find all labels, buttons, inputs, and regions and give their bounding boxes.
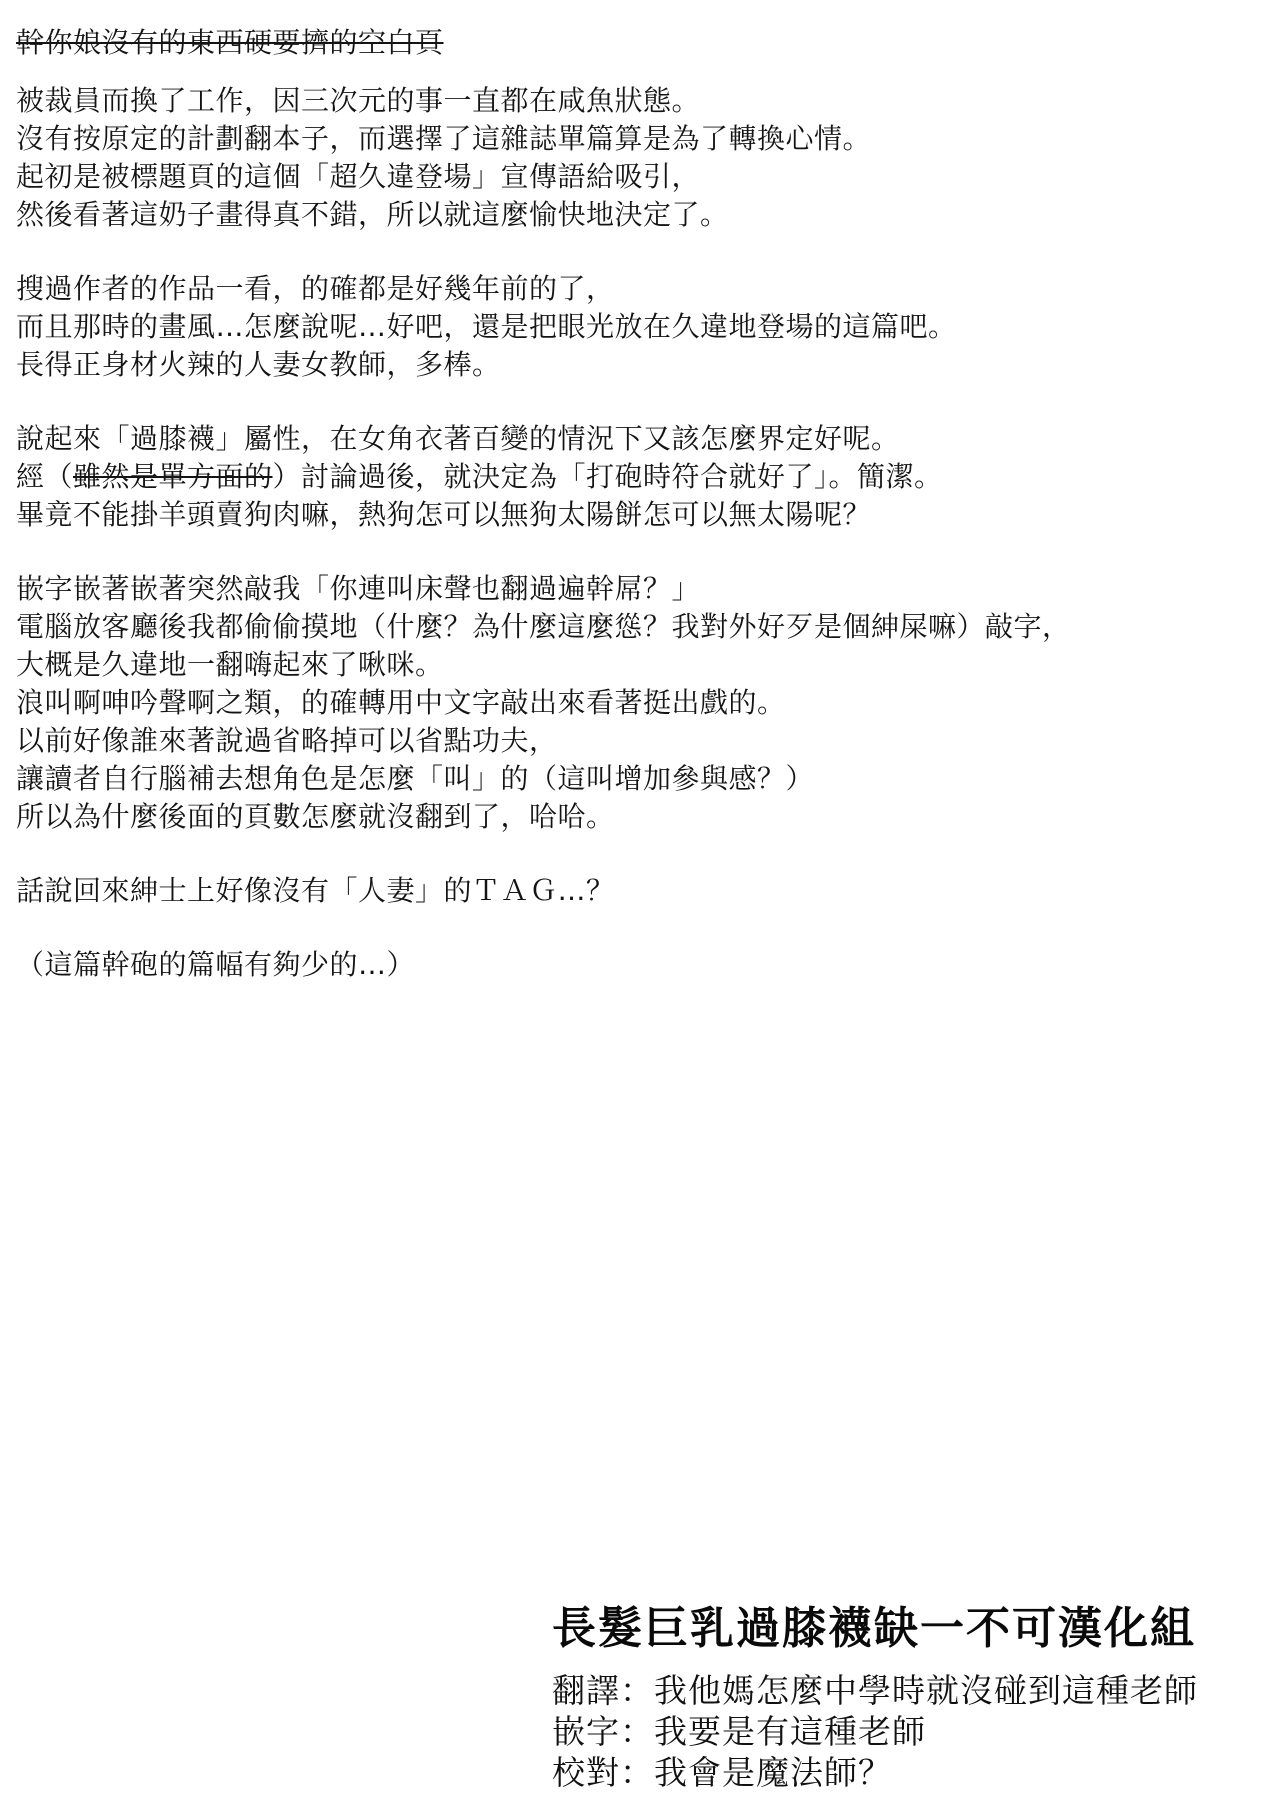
- text-segment: 長得正身材火辣的人妻女教師，多棒。: [16, 348, 501, 381]
- paragraph: 話說回來紳士上好像沒有「人妻」的ＴＡＧ…？: [16, 872, 1071, 910]
- text-segment: 而且那時的畫風…怎麼說呢…好吧，還是把眼光放在久違地登場的這篇吧。: [16, 310, 957, 343]
- text-segment: 電腦放客廳後我都偷偷摸地（什麼？為什麼這麼慫？我對外好歹是個紳屎嘛）敲字，: [16, 610, 1071, 643]
- credits-block: 長髮巨乳過膝襪缺一不可漢化組 翻譯：我他媽怎麼中學時就沒碰到這種老師 嵌字：我要…: [552, 1592, 1198, 1793]
- text-line: （這篇幹砲的篇幅有夠少的…）: [16, 946, 1071, 984]
- text-line: 嵌字嵌著嵌著突然敲我「你連叫床聲也翻過遍幹屌？」: [16, 570, 1071, 608]
- text-line: 長得正身材火辣的人妻女教師，多棒。: [16, 346, 1071, 384]
- text-segment: 所以為什麼後面的頁數怎麼就沒翻到了，哈哈。: [16, 800, 615, 833]
- text-line: 話說回來紳士上好像沒有「人妻」的ＴＡＧ…？: [16, 872, 1071, 910]
- text-line: 起初是被標題頁的這個「超久違登場」宣傳語給吸引，: [16, 158, 1071, 196]
- credit-line-translator: 翻譯：我他媽怎麼中學時就沒碰到這種老師: [552, 1670, 1198, 1711]
- note-title-strikethrough: 幹你娘沒有的東西硬要擠的空白頁: [16, 24, 1071, 62]
- text-line: 電腦放客廳後我都偷偷摸地（什麼？為什麼這麼慫？我對外好歹是個紳屎嘛）敲字，: [16, 608, 1071, 646]
- struck-text-segment: 雖然是單方面的: [73, 460, 273, 493]
- text-segment: 起初是被標題頁的這個「超久違登場」宣傳語給吸引，: [16, 160, 700, 193]
- text-line: 經（雖然是單方面的）討論過後，就決定為「打砲時符合就好了」。簡潔。: [16, 458, 1071, 496]
- text-segment: 以前好像誰來著說過省略掉可以省點功夫，: [16, 724, 558, 757]
- text-line: 畢竟不能掛羊頭賣狗肉嘛，熱狗怎可以無狗太陽餅怎可以無太陽呢？: [16, 496, 1071, 534]
- page: 幹你娘沒有的東西硬要擠的空白頁 被裁員而換了工作，因三次元的事一直都在咸魚狀態。…: [0, 0, 1280, 1808]
- paragraphs-container: 被裁員而換了工作，因三次元的事一直都在咸魚狀態。沒有按原定的計劃翻本子，而選擇了…: [16, 82, 1071, 984]
- translator-note-body: 幹你娘沒有的東西硬要擠的空白頁 被裁員而換了工作，因三次元的事一直都在咸魚狀態。…: [16, 24, 1071, 1020]
- text-segment: 浪叫啊呻吟聲啊之類，的確轉用中文字敲出來看著挺出戲的。: [16, 686, 786, 719]
- text-line: 浪叫啊呻吟聲啊之類，的確轉用中文字敲出來看著挺出戲的。: [16, 684, 1071, 722]
- text-segment: 大概是久違地一翻嗨起來了啾咪。: [16, 648, 444, 681]
- text-segment: （這篇幹砲的篇幅有夠少的…）: [16, 948, 415, 981]
- credit-line-typesetter: 嵌字：我要是有這種老師: [552, 1711, 1198, 1752]
- scanlation-group-name: 長髮巨乳過膝襪缺一不可漢化組: [552, 1592, 1198, 1656]
- text-segment: 畢竟不能掛羊頭賣狗肉嘛，熱狗怎可以無狗太陽餅怎可以無太陽呢？: [16, 498, 871, 531]
- text-line: 大概是久違地一翻嗨起來了啾咪。: [16, 646, 1071, 684]
- text-segment: 說起來「過膝襪」屬性，在女角衣著百變的情況下又該怎麼界定好呢。: [16, 422, 900, 455]
- text-segment: 然後看著這奶子畫得真不錯，所以就這麼愉快地決定了。: [16, 198, 729, 231]
- text-segment: 經（: [16, 460, 73, 493]
- text-line: 以前好像誰來著說過省略掉可以省點功夫，: [16, 722, 1071, 760]
- credit-line-proofreader: 校對：我會是魔法師？: [552, 1752, 1198, 1793]
- paragraph: 嵌字嵌著嵌著突然敲我「你連叫床聲也翻過遍幹屌？」電腦放客廳後我都偷偷摸地（什麼？…: [16, 570, 1071, 836]
- text-line: 被裁員而換了工作，因三次元的事一直都在咸魚狀態。: [16, 82, 1071, 120]
- text-line: 然後看著這奶子畫得真不錯，所以就這麼愉快地決定了。: [16, 196, 1071, 234]
- text-line: 搜過作者的作品一看，的確都是好幾年前的了，: [16, 270, 1071, 308]
- text-segment: ）討論過後，就決定為「打砲時符合就好了」。簡潔。: [273, 460, 943, 493]
- text-line: 而且那時的畫風…怎麼說呢…好吧，還是把眼光放在久違地登場的這篇吧。: [16, 308, 1071, 346]
- text-segment: 搜過作者的作品一看，的確都是好幾年前的了，: [16, 272, 615, 305]
- text-line: 說起來「過膝襪」屬性，在女角衣著百變的情況下又該怎麼界定好呢。: [16, 420, 1071, 458]
- paragraph: 說起來「過膝襪」屬性，在女角衣著百變的情況下又該怎麼界定好呢。經（雖然是單方面的…: [16, 420, 1071, 534]
- paragraph: 搜過作者的作品一看，的確都是好幾年前的了，而且那時的畫風…怎麼說呢…好吧，還是把…: [16, 270, 1071, 384]
- text-line: 沒有按原定的計劃翻本子，而選擇了這雜誌單篇算是為了轉換心情。: [16, 120, 1071, 158]
- paragraph: 被裁員而換了工作，因三次元的事一直都在咸魚狀態。沒有按原定的計劃翻本子，而選擇了…: [16, 82, 1071, 234]
- text-segment: 沒有按原定的計劃翻本子，而選擇了這雜誌單篇算是為了轉換心情。: [16, 122, 871, 155]
- text-segment: 被裁員而換了工作，因三次元的事一直都在咸魚狀態。: [16, 84, 700, 117]
- text-line: 所以為什麼後面的頁數怎麼就沒翻到了，哈哈。: [16, 798, 1071, 836]
- text-line: 讓讀者自行腦補去想角色是怎麼「叫」的（這叫增加參與感？）: [16, 760, 1071, 798]
- text-segment: 讓讀者自行腦補去想角色是怎麼「叫」的（這叫增加參與感？）: [16, 762, 814, 795]
- text-segment: 嵌字嵌著嵌著突然敲我「你連叫床聲也翻過遍幹屌？」: [16, 572, 700, 605]
- text-segment: 話說回來紳士上好像沒有「人妻」的ＴＡＧ…？: [16, 874, 615, 907]
- paragraph: （這篇幹砲的篇幅有夠少的…）: [16, 946, 1071, 984]
